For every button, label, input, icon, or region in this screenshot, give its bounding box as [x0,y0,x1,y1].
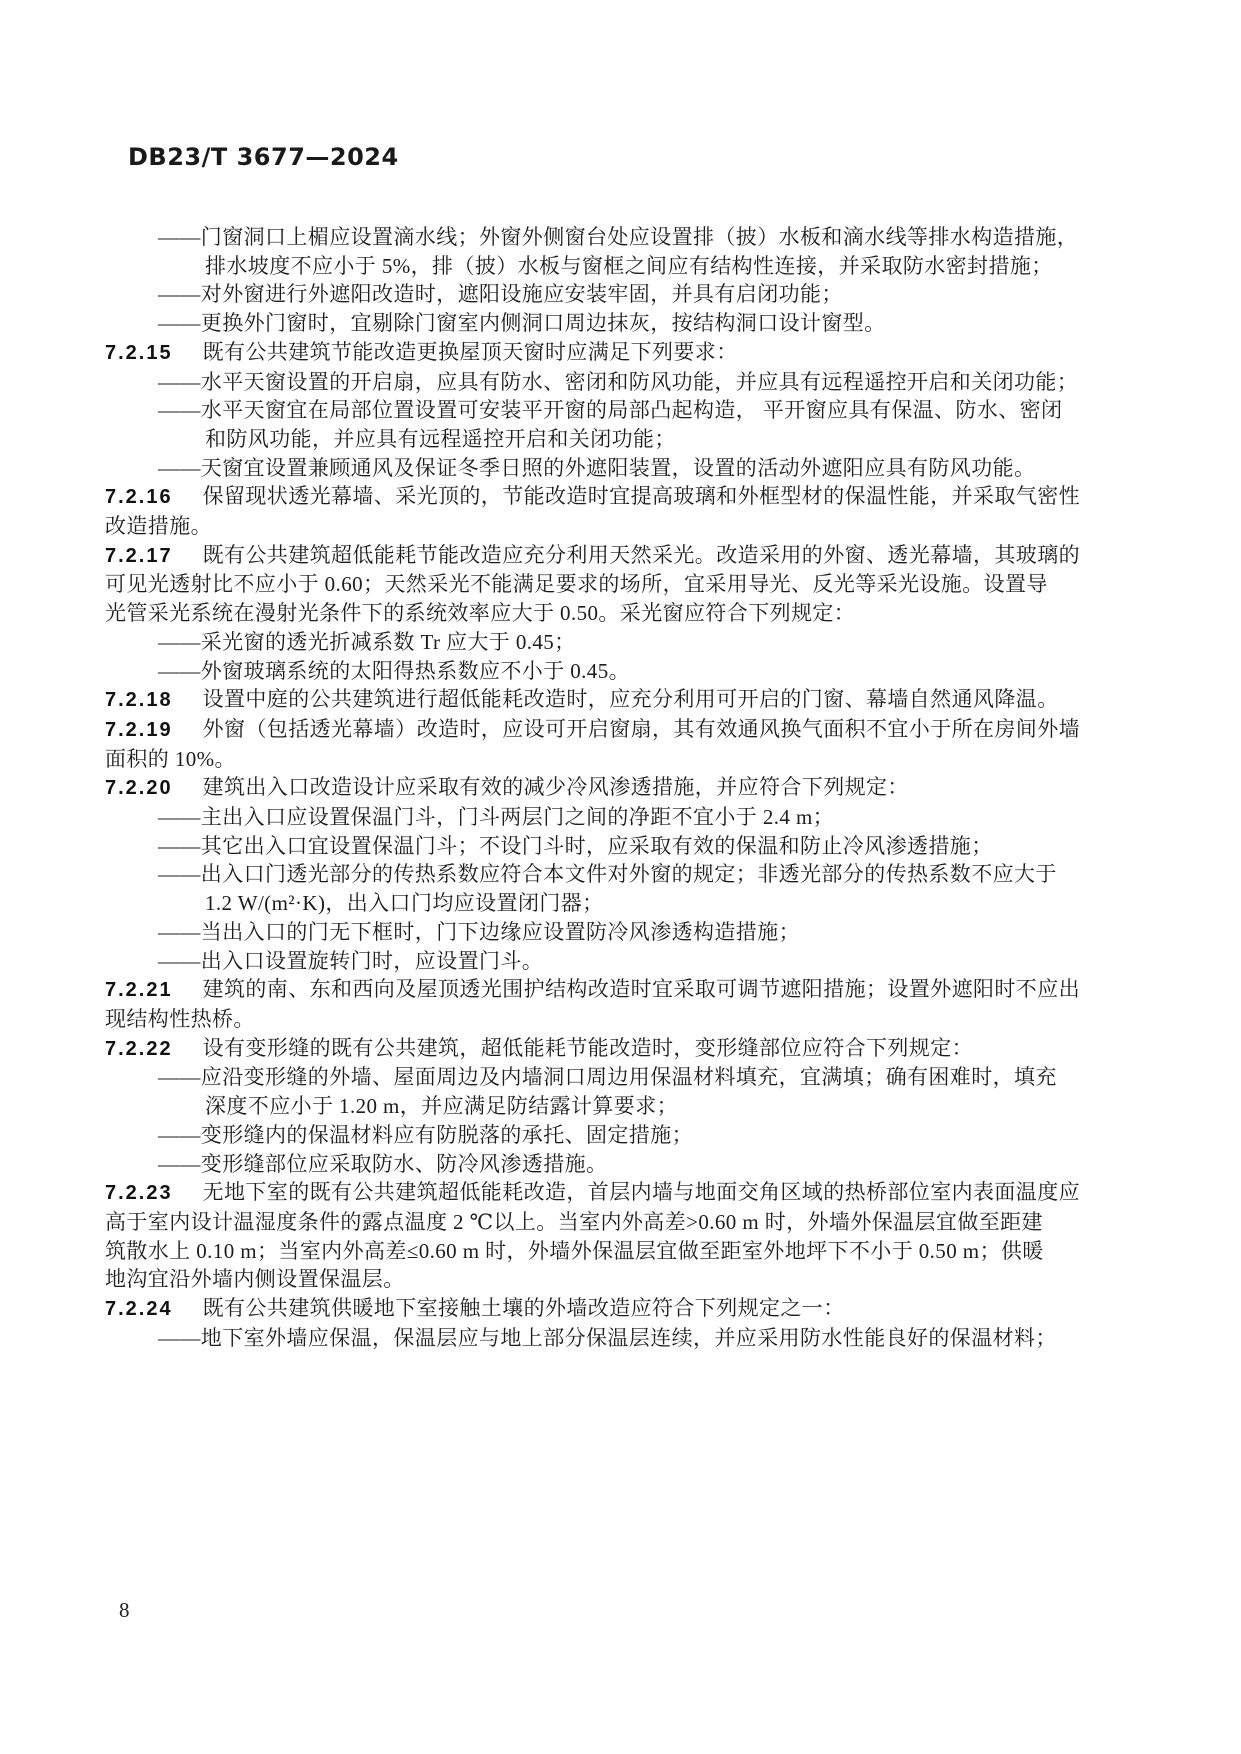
clause-7.2.15: 7.2.15既有公共建筑节能改造更换屋顶天窗时应满足下列要求： [105,338,1141,368]
clause-number: 7.2.21 [105,976,173,1005]
clause-number: 7.2.19 [105,716,173,745]
clause-7.2.21: 7.2.21建筑的南、东和西向及屋顶透光围护结构改造时宜采取可调节遮阳措施；设置… [105,975,1141,1005]
clause-7.2.18: 7.2.18设置中庭的公共建筑进行超低能耗改造时，应充分利用可开启的门窗、幕墙自… [105,685,1141,715]
clause-number: 7.2.22 [105,1035,173,1064]
list-item-line: ——主出入口应设置保温门斗，门斗两层门之间的净距不宜小于 2.4 m； [105,803,1141,832]
list-item-line: ——出入口设置旋转门时，应设置门斗。 [105,947,1141,976]
paragraph-line: 筑散水上 0.10 m；当室内外高差≤0.60 m 时，外墙外保温层宜做至距室外… [105,1237,1141,1266]
list-item-line: ——当出入口的门无下框时，门下边缘应设置防冷风渗透构造措施； [105,918,1141,947]
list-item-line: ——天窗宜设置兼顾通风及保证冬季日照的外遮阳装置，设置的活动外遮阳应具有防风功能… [105,454,1141,483]
clause-number: 7.2.24 [105,1295,173,1324]
clause-text: 建筑的南、东和西向及屋顶透光围护结构改造时宜采取可调节遮阳措施；设置外遮阳时不应… [203,975,1080,1004]
list-item-line: ——水平天窗设置的开启扇，应具有防水、密闭和防风功能，并应具有远程遥控开启和关闭… [105,368,1141,397]
paragraph-line: 现结构性热桥。 [105,1005,1141,1034]
document-body: ——门窗洞口上楣应设置滴水线；外窗外侧窗台处应设置排（披）水板和滴水线等排水构造… [105,223,1141,1352]
clause-number: 7.2.16 [105,483,173,512]
page-number: 8 [119,1598,130,1623]
clause-text: 既有公共建筑节能改造更换屋顶天窗时应满足下列要求： [203,338,738,367]
clause-number: 7.2.17 [105,542,173,571]
list-item-line: ——地下室外墙应保温，保温层应与地上部分保温层连续，并应采用防水性能良好的保温材… [105,1324,1141,1353]
list-item-line: ——更换外门窗时，宜剔除门窗室内侧洞口周边抹灰，按结构洞口设计窗型。 [105,309,1141,338]
list-item-line: ——应沿变形缝的外墙、屋面周边及内墙洞口周边用保温材料填充，宜满填；确有困难时，… [105,1063,1141,1092]
clause-7.2.17: 7.2.17既有公共建筑超低能耗节能改造应充分利用天然采光。改造采用的外窗、透光… [105,541,1141,571]
clause-7.2.23: 7.2.23无地下室的既有公共建筑超低能耗改造，首层内墙与地面交角区域的热桥部位… [105,1178,1141,1208]
list-item-line: ——对外窗进行外遮阳改造时，遮阳设施应安装牢固，并具有启闭功能； [105,280,1141,309]
clause-number: 7.2.15 [105,339,173,368]
paragraph-line: 光管采光系统在漫射光条件下的系统效率应大于 0.50。采光窗应符合下列规定： [105,599,1141,628]
paragraph-line: 深度不应小于 1.20 m，并应满足防结露计算要求； [105,1092,1141,1121]
paragraph-line: 排水坡度不应小于 5%，排（披）水板与窗框之间应有结构性连接，并采取防水密封措施… [105,252,1141,281]
list-item-line: ——采光窗的透光折减系数 Tr 应大于 0.45； [105,628,1141,657]
list-item-line: ——水平天窗宜在局部位置设置可安装平开窗的局部凸起构造， 平开窗应具有保温、防水… [105,396,1141,425]
list-item-line: ——变形缝内的保温材料应有防脱落的承托、固定措施； [105,1121,1141,1150]
list-item-line: ——门窗洞口上楣应设置滴水线；外窗外侧窗台处应设置排（披）水板和滴水线等排水构造… [105,223,1141,252]
clause-number: 7.2.23 [105,1179,173,1208]
clause-number: 7.2.18 [105,686,173,715]
clause-text: 设置中庭的公共建筑进行超低能耗改造时，应充分利用可开启的门窗、幕墙自然通风降温。 [203,685,1059,714]
paragraph-line: 和防风功能，并应具有远程遥控开启和关闭功能； [105,425,1141,454]
paragraph-line: 1.2 W/(m²·K)，出入口门均应设置闭门器； [105,889,1141,918]
clause-7.2.22: 7.2.22设有变形缝的既有公共建筑，超低能耗节能改造时，变形缝部位应符合下列规… [105,1034,1141,1064]
list-item-line: ——外窗玻璃系统的太阳得热系数应不小于 0.45。 [105,657,1141,686]
clause-text: 既有公共建筑超低能耗节能改造应充分利用天然采光。改造采用的外窗、透光幕墙，其玻璃… [203,541,1080,570]
document-page: DB23/T 3677—2024 ——门窗洞口上楣应设置滴水线；外窗外侧窗台处应… [0,0,1241,1754]
paragraph-line: 高于室内设计温湿度条件的露点温度 2 ℃以上。当室内外高差>0.60 m 时，外… [105,1208,1141,1237]
clause-text: 设有变形缝的既有公共建筑，超低能耗节能改造时，变形缝部位应符合下列规定： [203,1034,973,1063]
paragraph-line: 地沟宜沿外墙内侧设置保温层。 [105,1265,1141,1294]
clause-text: 外窗（包括透光幕墙）改造时，应设可开启窗扇，其有效通风换气面积不宜小于所在房间外… [203,715,1080,744]
clause-text: 保留现状透光幕墙、采光顶的，节能改造时宜提高玻璃和外框型材的保温性能，并采取气密… [203,482,1080,511]
list-item-line: ——出入口门透光部分的传热系数应符合本文件对外窗的规定；非透光部分的传热系数不应… [105,860,1141,889]
clause-7.2.20: 7.2.20建筑出入口改造设计应采取有效的减少冷风渗透措施，并应符合下列规定： [105,773,1141,803]
clause-text: 建筑出入口改造设计应采取有效的减少冷风渗透措施，并应符合下列规定： [203,773,909,802]
paragraph-line: 面积的 10%。 [105,745,1141,774]
paragraph-line: 改造措施。 [105,512,1141,541]
clause-text: 既有公共建筑供暖地下室接触土壤的外墙改造应符合下列规定之一： [203,1294,845,1323]
clause-number: 7.2.20 [105,774,173,803]
clause-7.2.19: 7.2.19外窗（包括透光幕墙）改造时，应设可开启窗扇，其有效通风换气面积不宜小… [105,715,1141,745]
doc-standard-number: DB23/T 3677—2024 [128,143,399,171]
clause-7.2.24: 7.2.24既有公共建筑供暖地下室接触土壤的外墙改造应符合下列规定之一： [105,1294,1141,1324]
clause-7.2.16: 7.2.16保留现状透光幕墙、采光顶的，节能改造时宜提高玻璃和外框型材的保温性能… [105,482,1141,512]
list-item-line: ——变形缝部位应采取防水、防冷风渗透措施。 [105,1150,1141,1179]
list-item-line: ——其它出入口宜设置保温门斗；不设门斗时，应采取有效的保温和防止冷风渗透措施； [105,832,1141,861]
paragraph-line: 可见光透射比不应小于 0.60；天然采光不能满足要求的场所，宜采用导光、反光等采… [105,570,1141,599]
clause-text: 无地下室的既有公共建筑超低能耗改造，首层内墙与地面交角区域的热桥部位室内表面温度… [203,1178,1080,1207]
